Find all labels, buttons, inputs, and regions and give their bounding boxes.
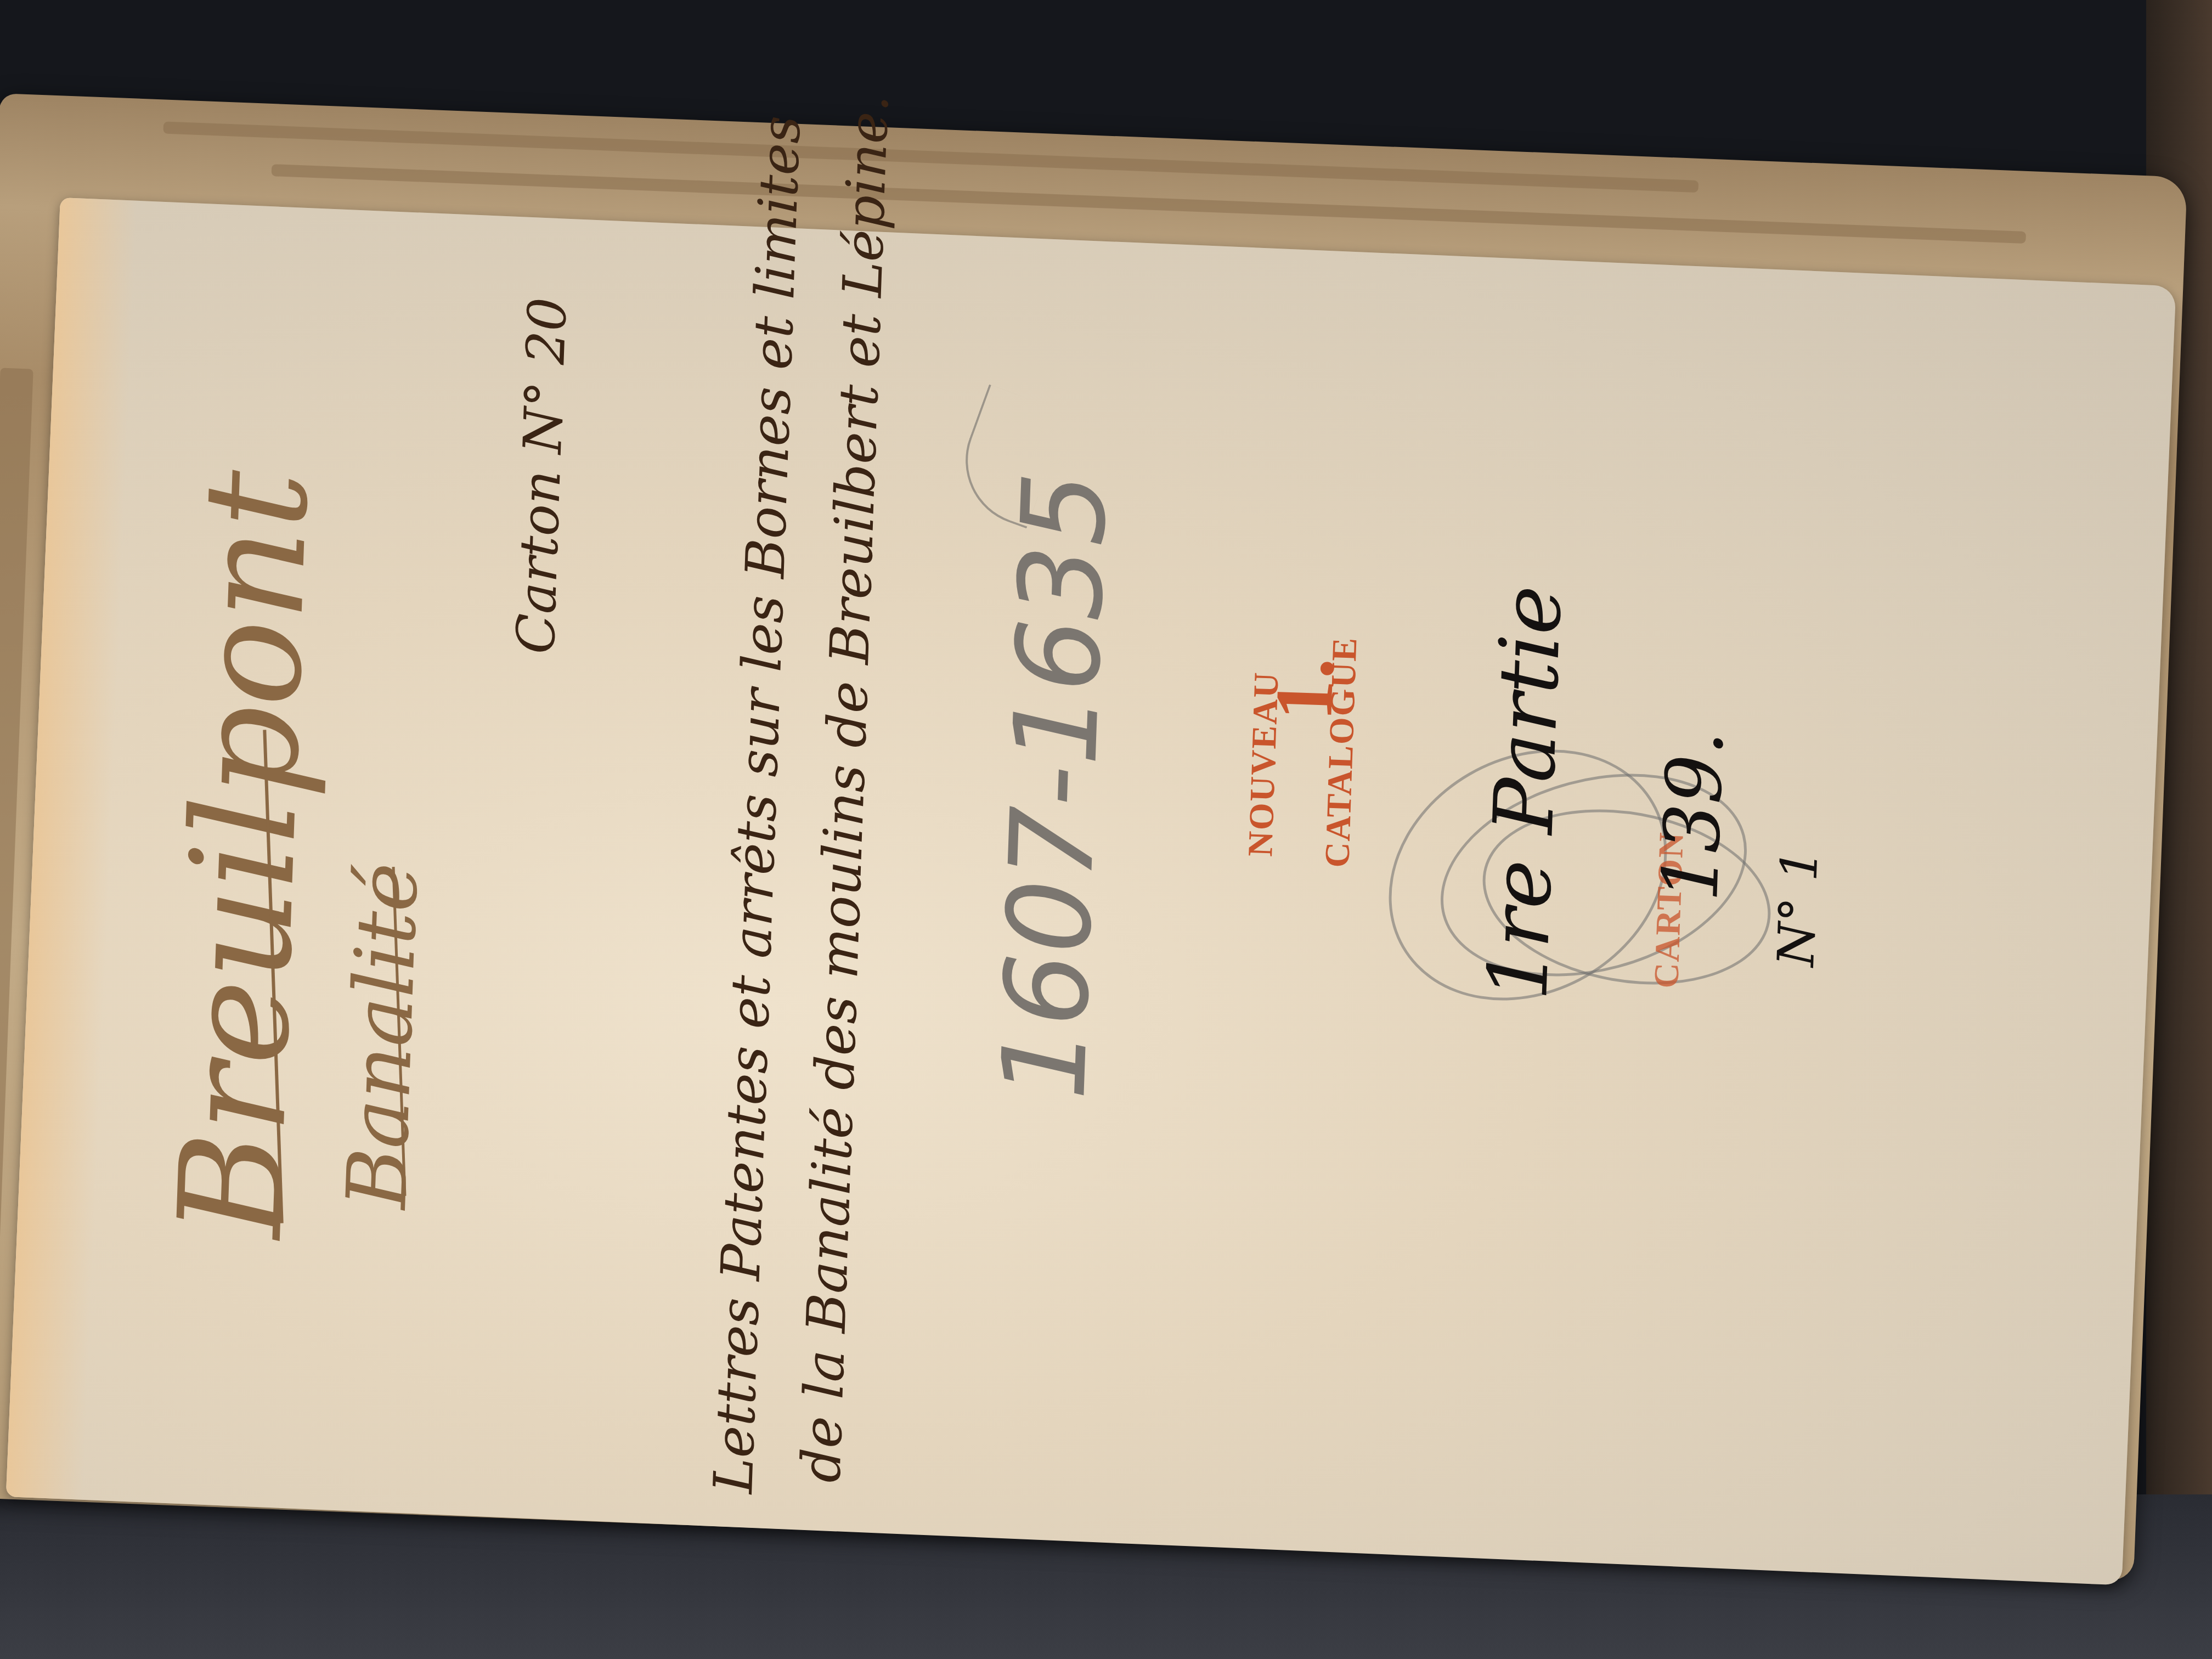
carton-label: Carton N° 20 <box>505 296 579 654</box>
date-range: 1607-1635 <box>977 470 1133 1102</box>
partie-label: 1re Partie <box>1470 584 1580 1002</box>
carton-number: 139. <box>1646 729 1741 902</box>
stamp-number: 1. <box>1256 655 1353 722</box>
item-number: N° 1 <box>1767 848 1829 968</box>
torn-edge <box>163 121 1699 192</box>
document-title: Breuilpont <box>148 468 341 1240</box>
document-subtitle: Banalité <box>329 861 437 1210</box>
